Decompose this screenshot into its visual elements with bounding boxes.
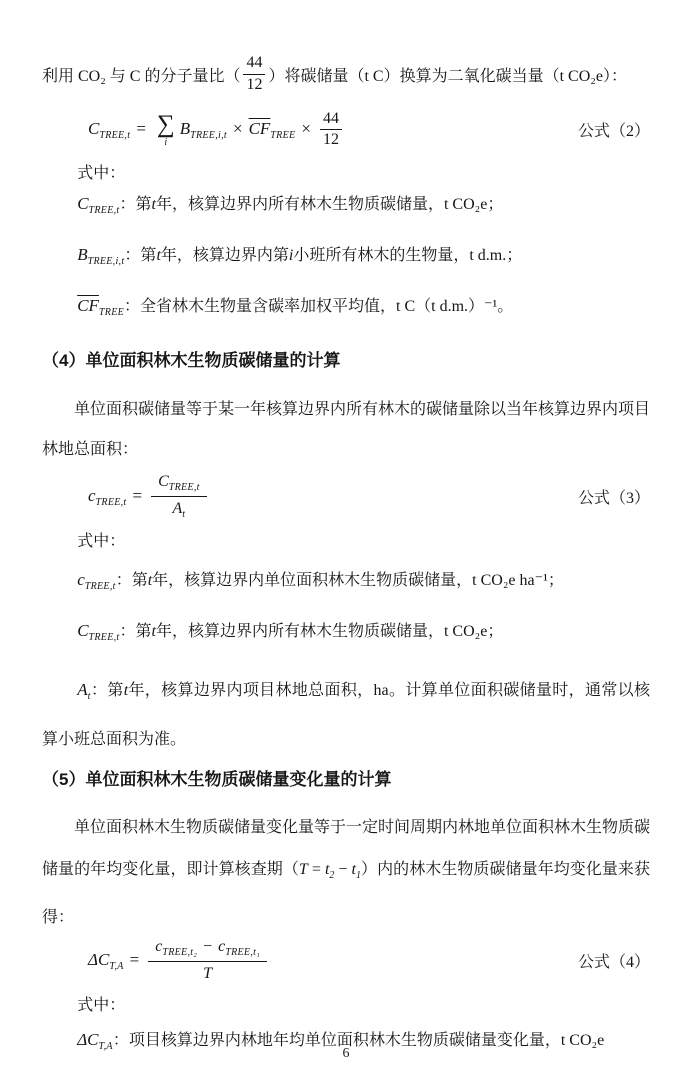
times-sign: × bbox=[233, 119, 243, 138]
fraction-numerator: 44 bbox=[243, 54, 265, 74]
text-run: TREE,t bbox=[89, 632, 120, 643]
var-B-subscript: TREE,i,t bbox=[190, 130, 227, 141]
text-run: ：第 bbox=[120, 196, 152, 213]
formula-2-middle: BTREE,i,t×CFTREE× bbox=[180, 119, 317, 141]
text-run: ：第 bbox=[116, 572, 148, 589]
text-run: ：第 bbox=[91, 682, 124, 699]
formula-3-label: 公式（3） bbox=[578, 485, 650, 508]
formula-2-label: 公式（2） bbox=[578, 118, 650, 141]
formula-2: CTREE,t= ∑ i BTREE,i,t×CFTREE× 44 12 bbox=[88, 110, 345, 150]
formula-3: cTREE,t= CTREE,t At bbox=[88, 472, 210, 522]
text-run: 小班所有林木的生物量，t d.m.； bbox=[293, 247, 522, 264]
fraction-denominator: At bbox=[172, 497, 185, 522]
section-5-paragraph: 单位面积林木生物质碳储量变化量等于一定时间周期内林地单位面积林木生物质碳储量的年… bbox=[42, 807, 650, 939]
times-sign-2: × bbox=[301, 119, 311, 138]
var-C-subscript: TREE,t bbox=[99, 130, 130, 141]
text-run: CF bbox=[77, 296, 99, 315]
text-run: 年，核算边界内项目林地总面积，ha。计算单位面积碳储量时，通常以核算小班总面积为… bbox=[42, 682, 650, 748]
var-CF-overline: CF bbox=[249, 119, 271, 138]
text-run: TREE,t bbox=[85, 581, 116, 592]
page-number: 6 bbox=[0, 1046, 692, 1062]
fraction-denominator: T bbox=[203, 962, 212, 984]
var-delta-C-subscript: T,A bbox=[109, 961, 123, 972]
sigma-index: i bbox=[164, 138, 167, 148]
var-A-subscript: t bbox=[182, 509, 185, 520]
text-run: 年，核算边界内所有林木生物质碳储量，t CO₂e； bbox=[156, 623, 503, 640]
formula-3-lhs: cTREE,t= bbox=[88, 486, 148, 508]
text-run: TREE,t bbox=[89, 205, 120, 216]
var-T: T bbox=[203, 965, 212, 982]
text-run: ：第 bbox=[120, 623, 152, 640]
text-run: C bbox=[77, 194, 88, 213]
var-c: c bbox=[88, 486, 96, 505]
definition-B-tree: BTREE,i,t：第t年，核算边界内第i小班所有林木的生物量，t d.m.； bbox=[42, 241, 650, 275]
text-run: T bbox=[299, 861, 308, 878]
text-run: ：全省林木生物量含碳率加权平均值，t C（t d.m.）⁻¹。 bbox=[124, 298, 513, 315]
fraction-numerator: CTREE,t bbox=[151, 472, 207, 498]
var-delta-C: ΔC bbox=[88, 950, 109, 969]
definition-c-tree-unit: cTREE,t：第t年，核算边界内单位面积林木生物质碳储量，t CO₂e ha⁻… bbox=[42, 566, 650, 600]
text-run: = bbox=[308, 861, 325, 878]
var-C: C bbox=[88, 119, 99, 138]
fraction-numerator: 44 bbox=[320, 110, 342, 130]
equals-sign: = bbox=[133, 486, 143, 505]
var-A: A bbox=[172, 500, 182, 517]
formula-4-lhs: ΔCT,A= bbox=[88, 950, 145, 972]
text-run: 年，核算边界内所有林木生物质碳储量，t CO₂e； bbox=[156, 196, 503, 213]
var-c-t2-subscript: TREE,t₂ bbox=[162, 947, 197, 958]
text-run: c bbox=[77, 570, 85, 589]
definition-A-t: At：第t年，核算边界内项目林地总面积，ha。计算单位面积碳储量时，通常以核算小… bbox=[42, 668, 650, 761]
where-label-3: 式中： bbox=[42, 994, 650, 1018]
formula-4: ΔCT,A= cTREE,t₂−cTREE,t₁ T bbox=[88, 937, 270, 985]
formula-4-row: ΔCT,A= cTREE,t₂−cTREE,t₁ T 公式（4） bbox=[88, 937, 650, 985]
definition-C-tree-all: CTREE,t：第t年，核算边界内所有林木生物质碳储量，t CO₂e； bbox=[42, 617, 650, 651]
definition-C-tree: CTREE,t：第t年，核算边界内所有林木生物质碳储量，t CO₂e； bbox=[42, 190, 650, 224]
var-c-subscript: TREE,t bbox=[96, 497, 127, 508]
text-run: C bbox=[77, 621, 88, 640]
formula-3-row: cTREE,t= CTREE,t At 公式（3） bbox=[88, 472, 650, 522]
text-run: B bbox=[77, 245, 87, 264]
equals-sign: = bbox=[130, 950, 140, 969]
text-run: ：第 bbox=[124, 247, 156, 264]
where-label-2: 式中： bbox=[42, 530, 650, 554]
intro-text-post: ）将碳储量（t C）换算为二氧化碳当量（t CO₂e）： bbox=[268, 63, 626, 86]
co2-c-ratio-fraction: 44 12 bbox=[243, 54, 265, 94]
sigma-glyph: ∑ bbox=[157, 112, 175, 137]
section-heading-5: （5）单位面积林木生物质碳储量变化量的计算 bbox=[42, 769, 650, 791]
formula-4-fraction: cTREE,t₂−cTREE,t₁ T bbox=[148, 937, 267, 985]
page-content: 利用 CO₂ 与 C 的分子量比（ 44 12 ）将碳储量（t C）换算为二氧化… bbox=[42, 44, 650, 1060]
intro-paragraph: 利用 CO₂ 与 C 的分子量比（ 44 12 ）将碳储量（t C）换算为二氧化… bbox=[42, 44, 650, 104]
where-label-1: 式中： bbox=[42, 162, 650, 186]
formula-3-fraction: CTREE,t At bbox=[151, 472, 207, 522]
fraction-denominator: 12 bbox=[323, 130, 339, 149]
equals-sign: = bbox=[136, 119, 146, 138]
var-C: C bbox=[158, 473, 169, 490]
fraction-numerator: cTREE,t₂−cTREE,t₁ bbox=[148, 937, 267, 963]
section-4-paragraph: 单位面积碳储量等于某一年核算边界内所有林木的碳储量除以当年核算边界内项目林地总面… bbox=[42, 390, 650, 470]
section-heading-4: （4）单位面积林木生物质碳储量的计算 bbox=[42, 350, 650, 372]
var-c-t1-subscript: TREE,t₁ bbox=[225, 947, 260, 958]
text-run: 年，核算边界内第 bbox=[161, 247, 289, 264]
fraction-denominator: 12 bbox=[246, 75, 262, 94]
formula-2-fraction: 44 12 bbox=[320, 110, 342, 150]
summation-symbol: ∑ i bbox=[157, 112, 175, 148]
minus-sign: − bbox=[203, 938, 212, 955]
text-run: − bbox=[334, 861, 351, 878]
text-run: A bbox=[77, 680, 87, 699]
var-C-subscript: TREE,t bbox=[169, 482, 200, 493]
text-run: TREE bbox=[99, 307, 124, 318]
formula-2-row: CTREE,t= ∑ i BTREE,i,t×CFTREE× 44 12 公式（… bbox=[88, 110, 650, 150]
text-run: TREE,i,t bbox=[88, 256, 125, 267]
definition-CF-tree: CFTREE：全省林木生物量含碳率加权平均值，t C（t d.m.）⁻¹。 bbox=[42, 292, 650, 326]
var-B: B bbox=[180, 119, 190, 138]
formula-4-label: 公式（4） bbox=[578, 949, 650, 972]
var-CF-subscript: TREE bbox=[270, 130, 295, 141]
text-run: 年，核算边界内单位面积林木生物质碳储量，t CO₂e ha⁻¹； bbox=[152, 572, 564, 589]
formula-2-lhs: CTREE,t= bbox=[88, 119, 152, 141]
document-page: 利用 CO₂ 与 C 的分子量比（ 44 12 ）将碳储量（t C）换算为二氧化… bbox=[0, 0, 692, 1088]
intro-text-pre: 利用 CO₂ 与 C 的分子量比（ bbox=[42, 63, 240, 86]
